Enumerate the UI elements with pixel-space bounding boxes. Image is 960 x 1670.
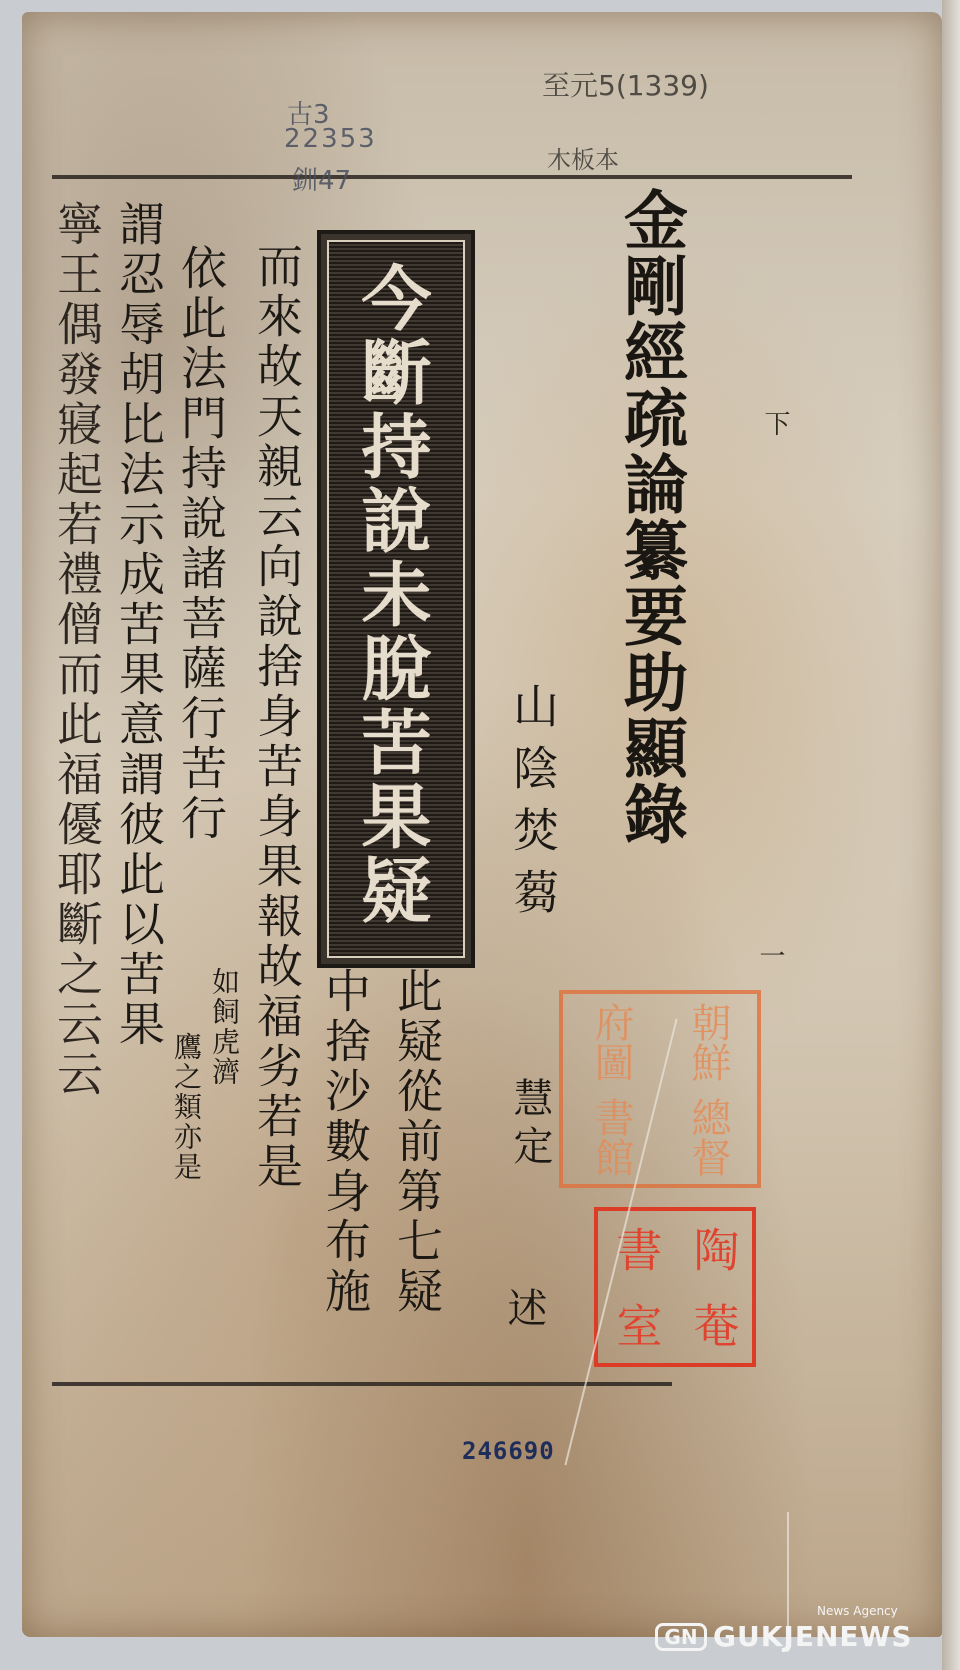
call-number-line-2: 22353 bbox=[284, 124, 377, 154]
text-column-5: 謂忍辱胡比法示成苦果意謂彼此以苦果 bbox=[116, 200, 162, 1050]
call-number-line-3: 釧47 bbox=[292, 160, 351, 197]
adjacent-page-edge bbox=[942, 0, 960, 1670]
section-heading: 今斷持說未脫苦果疑 bbox=[356, 262, 426, 928]
author-place-name: 山陰焚蒭 bbox=[510, 682, 556, 930]
top-border-rule bbox=[52, 175, 852, 179]
author-suffix: 述 bbox=[504, 1287, 544, 1333]
seal-b-char-2: 菴 bbox=[675, 1287, 752, 1363]
watermark-tagline: News Agency bbox=[817, 1604, 898, 1618]
seal-a-char-2: 總督 bbox=[660, 1089, 757, 1184]
news-watermark: GN GUKJENEWS News Agency bbox=[655, 1620, 913, 1653]
seal-a-char-3: 府圖 bbox=[563, 994, 660, 1089]
owner-seal-red: 陶 菴 書 室 bbox=[594, 1207, 756, 1367]
seal-b-char-3: 書 bbox=[598, 1211, 675, 1287]
text-column-3: 而來故天親云向說捨身苦身果報故福劣若是 bbox=[254, 242, 300, 1192]
book-title: 金剛經疏論纂要助顯錄 bbox=[618, 187, 682, 847]
author-place: 山陰 bbox=[506, 682, 560, 806]
author-name: 焚蒭 bbox=[506, 806, 560, 930]
page-number: 一 bbox=[757, 942, 783, 974]
volume-mark: 下 bbox=[762, 410, 788, 442]
bottom-border-rule bbox=[52, 1382, 672, 1386]
interlinear-note-2: 鷹之類亦是 bbox=[172, 1032, 200, 1182]
watermark-name: GUKJENEWS bbox=[713, 1620, 913, 1653]
interlinear-note-1: 如飼虎濟 bbox=[210, 967, 238, 1087]
book-page: 古3 22353 釧47 至元5(1339) 木板本 金剛經疏論纂要助顯錄 下 … bbox=[22, 12, 942, 1637]
section-heading-box: 今斷持說未脫苦果疑 bbox=[317, 230, 475, 968]
seal-a-char-1: 朝鮮 bbox=[660, 994, 757, 1089]
editor-name: 慧定 bbox=[510, 1077, 550, 1173]
text-column-2: 中捨沙數身布施 bbox=[322, 967, 368, 1317]
text-column-1: 此疑從前第七疑 bbox=[394, 967, 440, 1317]
text-column-4: 依此法門持說諸菩薩行苦行 bbox=[178, 244, 224, 844]
seal-b-char-4: 室 bbox=[598, 1287, 675, 1363]
accession-number-stamp: 246690 bbox=[462, 1437, 555, 1465]
handwritten-edition-type: 木板本 bbox=[547, 140, 619, 175]
handwritten-date: 至元5(1339) bbox=[542, 64, 709, 104]
text-column-6: 寧王偶發寢起若禮僧而此福優耶斷之云云 bbox=[54, 200, 100, 1100]
seal-b-char-1: 陶 bbox=[675, 1211, 752, 1287]
gukjenews-logo-icon: GN bbox=[655, 1623, 707, 1651]
